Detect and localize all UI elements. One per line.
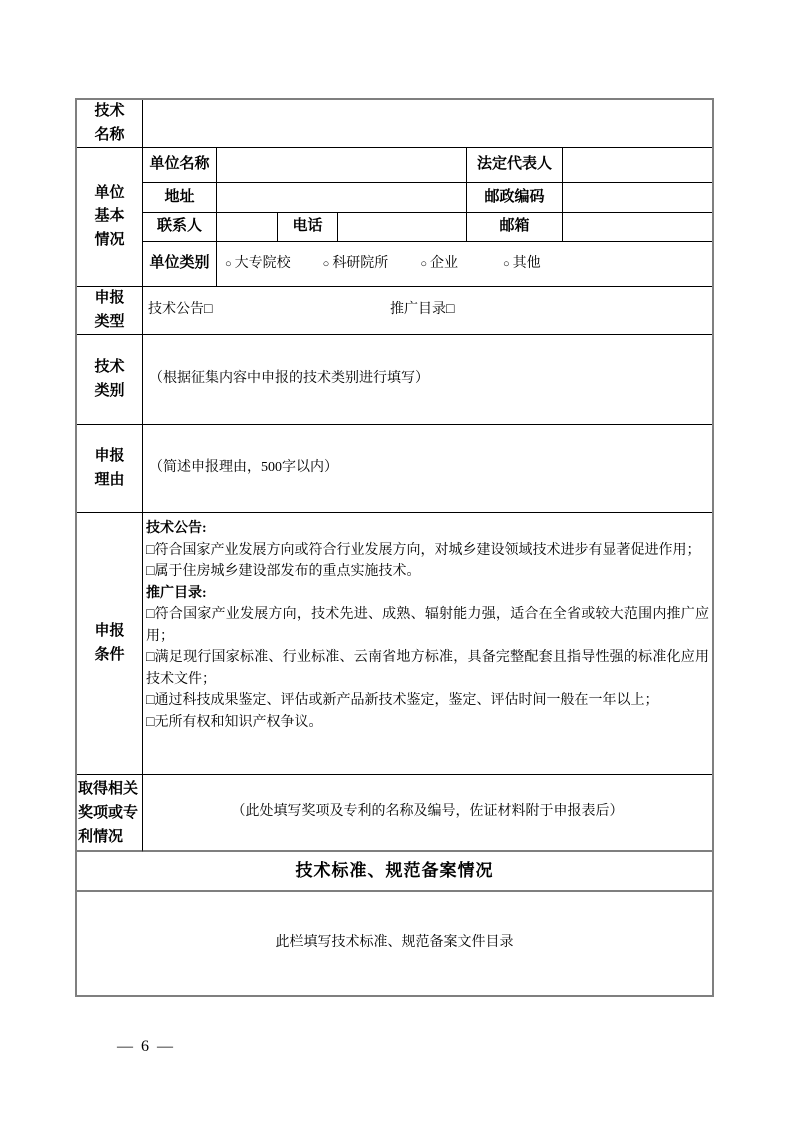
condition-checkbox-item[interactable]: □满足现行国家标准、行业标准、云南省地方标准，具备完整配套且指导性强的标准化应用… [146, 647, 709, 690]
org-type-option-label: 其他 [513, 254, 541, 274]
standards-input[interactable]: 此栏填写技术标准、规范备案文件目录 [77, 892, 712, 995]
apply-reason-hint: （简述申报理由，500字以内） [149, 458, 338, 478]
application-form-table: 技术名称 单位基本情况 单位名称 法定代表人 地址 邮政编码 联系人 电话 [75, 98, 714, 997]
address-input[interactable] [217, 183, 467, 213]
tech-category-hint: （根据征集内容中申报的技术类别进行填写） [149, 369, 429, 389]
contact-label: 联系人 [143, 213, 217, 242]
tech-category-input[interactable]: （根据征集内容中申报的技术类别进行填写） [143, 335, 712, 425]
awards-input[interactable]: （此处填写奖项及专利的名称及编号，佐证材料附于申报表后） [143, 775, 712, 852]
org-name-label: 单位名称 [143, 148, 217, 183]
contact-input[interactable] [217, 213, 278, 242]
tech-name-label: 技术名称 [77, 100, 143, 148]
radio-icon: ○ [323, 257, 330, 273]
tech-name-input[interactable] [143, 100, 712, 148]
legal-rep-label: 法定代表人 [467, 148, 563, 183]
apply-type-option-catalog[interactable]: 推广目录□ [390, 300, 454, 320]
email-input[interactable] [563, 213, 712, 242]
apply-type-option-announcement[interactable]: 技术公告□ [148, 300, 390, 320]
standards-hint: 此栏填写技术标准、规范备案文件目录 [276, 933, 514, 953]
apply-reason-input[interactable]: （简述申报理由，500字以内） [143, 425, 712, 513]
org-type-option-institute[interactable]: ○ 科研院所 [323, 254, 389, 274]
page-number: — 6 — [117, 1038, 175, 1056]
org-type-option-label: 大专院校 [235, 254, 291, 274]
postcode-label: 邮政编码 [467, 183, 563, 213]
radio-icon: ○ [225, 257, 232, 273]
radio-icon: ○ [420, 257, 427, 273]
conditions-label: 申报条件 [77, 513, 143, 775]
org-type-option-college[interactable]: ○ 大专院校 [225, 254, 291, 274]
apply-type-label: 申报类型 [77, 287, 143, 335]
apply-type-options: 技术公告□ 推广目录□ [143, 287, 712, 335]
conditions-announcement-title: 技术公告: [146, 518, 709, 540]
condition-checkbox-item[interactable]: □无所有权和知识产权争议。 [146, 712, 709, 734]
postcode-input[interactable] [563, 183, 712, 213]
address-label: 地址 [143, 183, 217, 213]
org-type-option-other[interactable]: ○ 其他 [503, 254, 541, 274]
org-type-option-label: 企业 [430, 254, 458, 274]
email-label: 邮箱 [467, 213, 563, 242]
condition-checkbox-item[interactable]: □通过科技成果鉴定、评估或新产品新技术鉴定，鉴定、评估时间一般在一年以上； [146, 690, 709, 712]
awards-hint: （此处填写奖项及专利的名称及编号，佐证材料附于申报表后） [232, 802, 624, 822]
awards-label: 取得相关奖项或专利情况 [77, 775, 143, 852]
tech-category-label: 技术类别 [77, 335, 143, 425]
conditions-catalog-title: 推广目录: [146, 583, 709, 605]
org-type-label: 单位类别 [143, 242, 217, 287]
phone-input[interactable] [338, 213, 467, 242]
conditions-content: 技术公告: □符合国家产业发展方向或符合行业发展方向，对城乡建设领域技术进步有显… [143, 513, 712, 775]
legal-rep-input[interactable] [563, 148, 712, 183]
document-page: 技术名称 单位基本情况 单位名称 法定代表人 地址 邮政编码 联系人 电话 [0, 0, 793, 1122]
org-type-option-label: 科研院所 [332, 254, 388, 274]
org-type-option-enterprise[interactable]: ○ 企业 [420, 254, 458, 274]
phone-label: 电话 [278, 213, 338, 242]
condition-checkbox-item[interactable]: □符合国家产业发展方向或符合行业发展方向，对城乡建设领域技术进步有显著促进作用； [146, 540, 709, 562]
org-info-section-label: 单位基本情况 [77, 148, 143, 287]
org-name-input[interactable] [217, 148, 467, 183]
standards-section-header: 技术标准、规范备案情况 [77, 852, 712, 892]
apply-reason-label: 申报理由 [77, 425, 143, 513]
radio-icon: ○ [503, 257, 510, 273]
condition-checkbox-item[interactable]: □符合国家产业发展方向，技术先进、成熟、辐射能力强，适合在全省或较大范围内推广应… [146, 604, 709, 647]
condition-checkbox-item[interactable]: □属于住房城乡建设部发布的重点实施技术。 [146, 561, 709, 583]
org-type-options: ○ 大专院校 ○ 科研院所 ○ 企业 ○ 其他 [217, 242, 712, 287]
